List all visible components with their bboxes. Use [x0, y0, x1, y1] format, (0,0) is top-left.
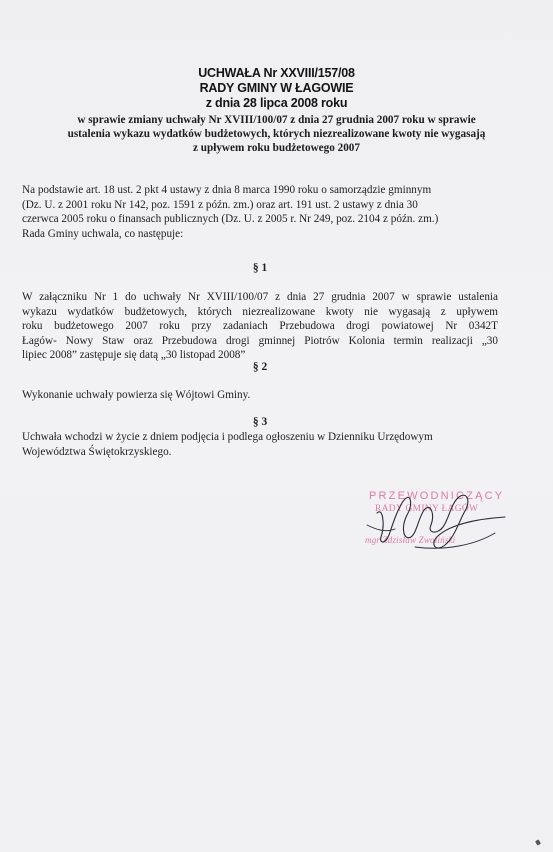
handwritten-signature-icon	[355, 485, 525, 560]
resolution-number: UCHWAŁA Nr XXVIII/157/08	[0, 66, 553, 80]
section-3-line: Województwa Świętokrzyskiego.	[22, 445, 512, 460]
section-1-paragraph: W załączniku Nr 1 do uchwały Nr XVIII/10…	[22, 290, 498, 363]
scanned-document-page: UCHWAŁA Nr XXVIII/157/08 RADY GMINY W ŁA…	[0, 0, 553, 852]
section-2-mark: § 2	[0, 361, 520, 373]
section-1-line: roku budżetowego 2007 roku przy zadaniac…	[22, 319, 498, 334]
preamble-paragraph: Na podstawie art. 18 ust. 2 pkt 4 ustawy…	[22, 183, 512, 241]
section-2-line: Wykonanie uchwały powierza się Wójtowi G…	[22, 388, 512, 403]
preamble-line: (Dz. U. z 2001 roku Nr 142, poz. 1591 z …	[22, 198, 512, 213]
preamble-line: czerwca 2005 roku o finansach publicznyc…	[22, 212, 512, 227]
council-name: RADY GMINY W ŁAGOWIE	[0, 81, 553, 95]
section-2-paragraph: Wykonanie uchwały powierza się Wójtowi G…	[22, 388, 512, 403]
section-3-line: Uchwała wchodzi w życie z dniem podjęcia…	[22, 430, 512, 445]
scan-artifact	[535, 839, 541, 845]
section-1-line: wykazu wydatków budżetowych, których nie…	[22, 305, 498, 320]
chairman-stamp-and-signature: PRZEWODNICZĄCY RADY GMINY ŁAGÓW mgr Zdzi…	[355, 485, 525, 560]
preamble-line: Rada Gminy uchwala, co następuje:	[22, 227, 512, 242]
resolution-date: z dnia 28 lipca 2008 roku	[0, 96, 553, 110]
section-3-paragraph: Uchwała wchodzi w życie z dniem podjęcia…	[22, 430, 512, 459]
preamble-line: Na podstawie art. 18 ust. 2 pkt 4 ustawy…	[22, 183, 512, 198]
section-1-mark: § 1	[0, 262, 520, 274]
subject-line-2: ustalenia wykazu wydatków budżetowych, k…	[0, 127, 553, 141]
subject-line-3: z upływem roku budżetowego 2007	[0, 141, 553, 155]
section-1-line: W załączniku Nr 1 do uchwały Nr XVIII/10…	[22, 290, 498, 305]
section-1-line: Łagów- Nowy Staw oraz Przebudowa drogi g…	[22, 334, 498, 349]
section-3-mark: § 3	[0, 416, 520, 428]
subject-line-1: w sprawie zmiany uchwały Nr XVIII/100/07…	[0, 113, 553, 127]
